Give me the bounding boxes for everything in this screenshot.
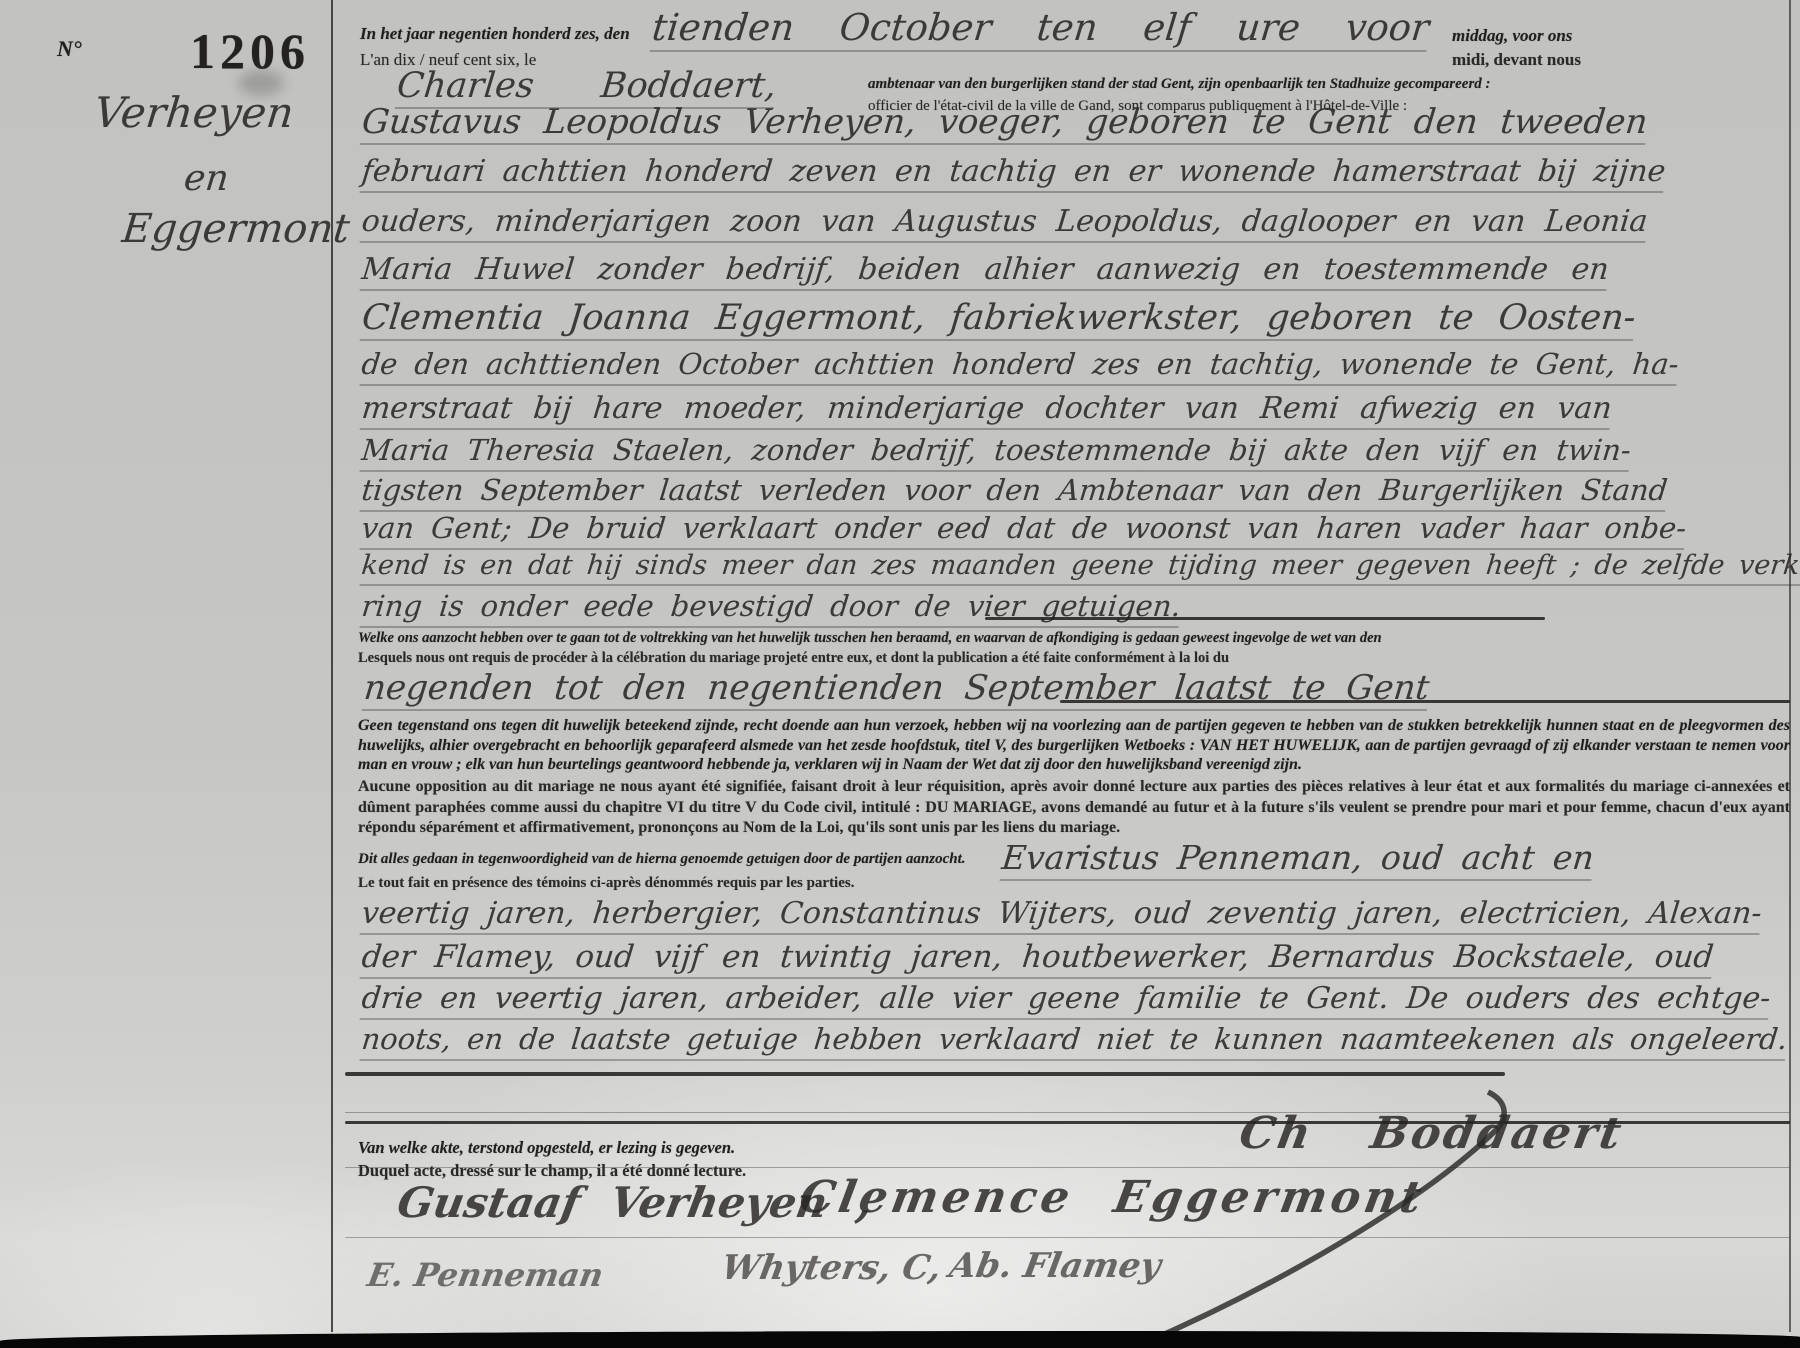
scan-bottom-edge <box>0 1331 1800 1348</box>
marriage-act-scan: N° 1206 Verheyen en Eggermont In het jaa… <box>0 0 1800 1348</box>
pen-flourish-stroke <box>0 0 1800 1348</box>
